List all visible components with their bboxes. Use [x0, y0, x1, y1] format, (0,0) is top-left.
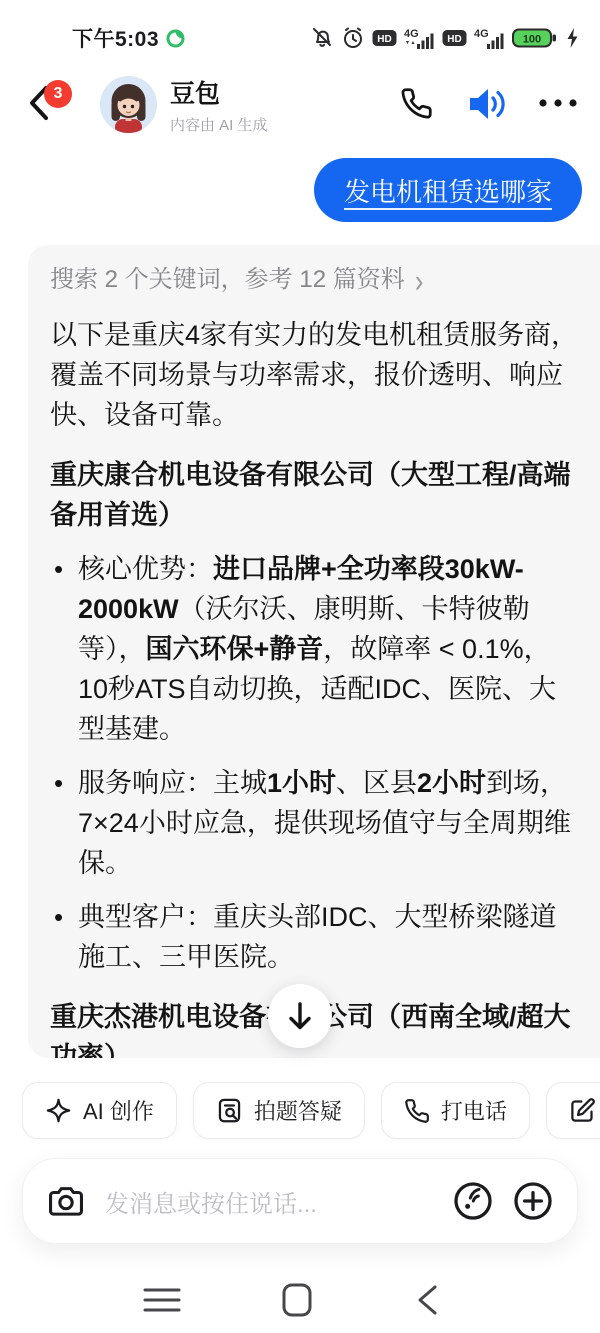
- header-title-block: 豆包 内容由 AI 生成: [170, 80, 268, 135]
- chevron-right-icon: ›: [415, 259, 424, 302]
- phone-icon: [404, 1098, 430, 1124]
- clock-time: 下午5:03: [72, 23, 159, 53]
- hd-icon: HD: [372, 29, 397, 47]
- menu-button[interactable]: [142, 1286, 182, 1314]
- write-icon: [569, 1097, 596, 1124]
- alarm-clock-icon: [341, 26, 365, 50]
- back-icon: [414, 1282, 440, 1318]
- phone-icon[interactable]: [400, 87, 433, 120]
- phone-screen: 下午5:03 HD 4G: [0, 0, 600, 1333]
- status-bar: 下午5:03 HD 4G: [0, 18, 600, 58]
- message-input-placeholder: 发消息或按住说话...: [105, 1184, 433, 1219]
- photo-question-icon: [216, 1097, 243, 1124]
- camera-icon: [47, 1184, 85, 1218]
- list-item: 核心优势：进口品牌+全功率段30kW-2000kW（沃尔沃、康明斯、卡特彼勒等）…: [50, 549, 580, 749]
- back-button[interactable]: 3: [26, 84, 82, 128]
- menu-icon: [142, 1286, 182, 1314]
- signal-icon: 4G: [474, 27, 505, 50]
- sparkle-icon: [45, 1097, 72, 1124]
- list-item: 典型客户：重庆头部IDC、大型桥梁隧道施工、三甲医院。: [50, 897, 580, 977]
- answer-intro-paragraph: 以下是重庆4家有实力的发电机租赁服务商，覆盖不同场景与功率需求，报价透明、响应快…: [50, 315, 580, 435]
- list-item: 服务响应：主城1小时、区县2小时到场，7×24小时应急，提供现场值守与全周期维保…: [50, 763, 580, 883]
- scroll-to-bottom-button[interactable]: [268, 984, 332, 1048]
- quick-action-label: 打电话: [441, 1095, 507, 1126]
- plus-icon: [513, 1181, 553, 1221]
- svg-text:4G: 4G: [474, 28, 489, 40]
- home-icon: [280, 1282, 314, 1318]
- quick-actions-bar: AI 创作 拍题答疑 打电话 帮我写作: [22, 1082, 600, 1139]
- more-attachments-button[interactable]: [513, 1181, 553, 1221]
- ai-response-card: 搜索 2 个关键词，参考 12 篇资料 › 以下是重庆4家有实力的发电机租赁服务…: [28, 245, 600, 1058]
- ai-generated-disclaimer: 内容由 AI 生成: [170, 114, 268, 135]
- down-arrow-icon: [285, 1000, 315, 1032]
- quick-action-ai-create[interactable]: AI 创作: [22, 1082, 177, 1139]
- svg-text:HD: HD: [377, 34, 391, 45]
- assistant-name: 豆包: [170, 80, 268, 108]
- camera-button[interactable]: [47, 1184, 85, 1218]
- speaker-on-icon[interactable]: [466, 86, 508, 122]
- search-summary-text: 搜索 2 个关键词，参考 12 篇资料: [50, 263, 405, 297]
- user-message-text: 发电机租赁选哪家: [344, 172, 552, 209]
- system-nav-bar: [0, 1272, 600, 1332]
- svg-text:HD: HD: [447, 34, 461, 45]
- power-saver-icon: [166, 29, 185, 48]
- quick-action-photo-solve[interactable]: 拍题答疑: [193, 1082, 365, 1139]
- quick-action-label: 拍题答疑: [254, 1095, 342, 1126]
- mute-bell-icon: [310, 26, 334, 50]
- more-dots-icon[interactable]: [538, 98, 578, 108]
- quick-action-label: AI 创作: [83, 1095, 154, 1126]
- unread-badge: 3: [44, 80, 72, 108]
- battery-icon: 100: [512, 27, 558, 49]
- avatar-girl-illustration: [100, 76, 157, 133]
- company-detail-list: 核心优势：进口品牌+全功率段30kW-2000kW（沃尔沃、康明斯、卡特彼勒等）…: [50, 549, 580, 977]
- voice-call-button[interactable]: [453, 1181, 493, 1221]
- voice-wave-icon: [453, 1181, 493, 1221]
- svg-text:100: 100: [523, 34, 541, 46]
- quick-action-write[interactable]: 帮我写作: [546, 1082, 600, 1139]
- quick-action-call[interactable]: 打电话: [381, 1082, 530, 1139]
- svg-text:4G: 4G: [404, 28, 419, 40]
- company-heading-1: 重庆康合机电设备有限公司（大型工程/高端备用首选）: [50, 455, 580, 535]
- search-references-row[interactable]: 搜索 2 个关键词，参考 12 篇资料 ›: [50, 263, 580, 297]
- recent-back-button[interactable]: [414, 1282, 440, 1318]
- charging-bolt-icon: [565, 27, 580, 49]
- user-message-bubble[interactable]: 发电机租赁选哪家: [314, 158, 582, 222]
- message-input-bar[interactable]: 发消息或按住说话...: [22, 1158, 578, 1244]
- signal-icon: 4G: [404, 27, 435, 50]
- assistant-avatar[interactable]: [100, 76, 157, 133]
- hd-icon: HD: [442, 29, 467, 47]
- home-button[interactable]: [280, 1282, 314, 1318]
